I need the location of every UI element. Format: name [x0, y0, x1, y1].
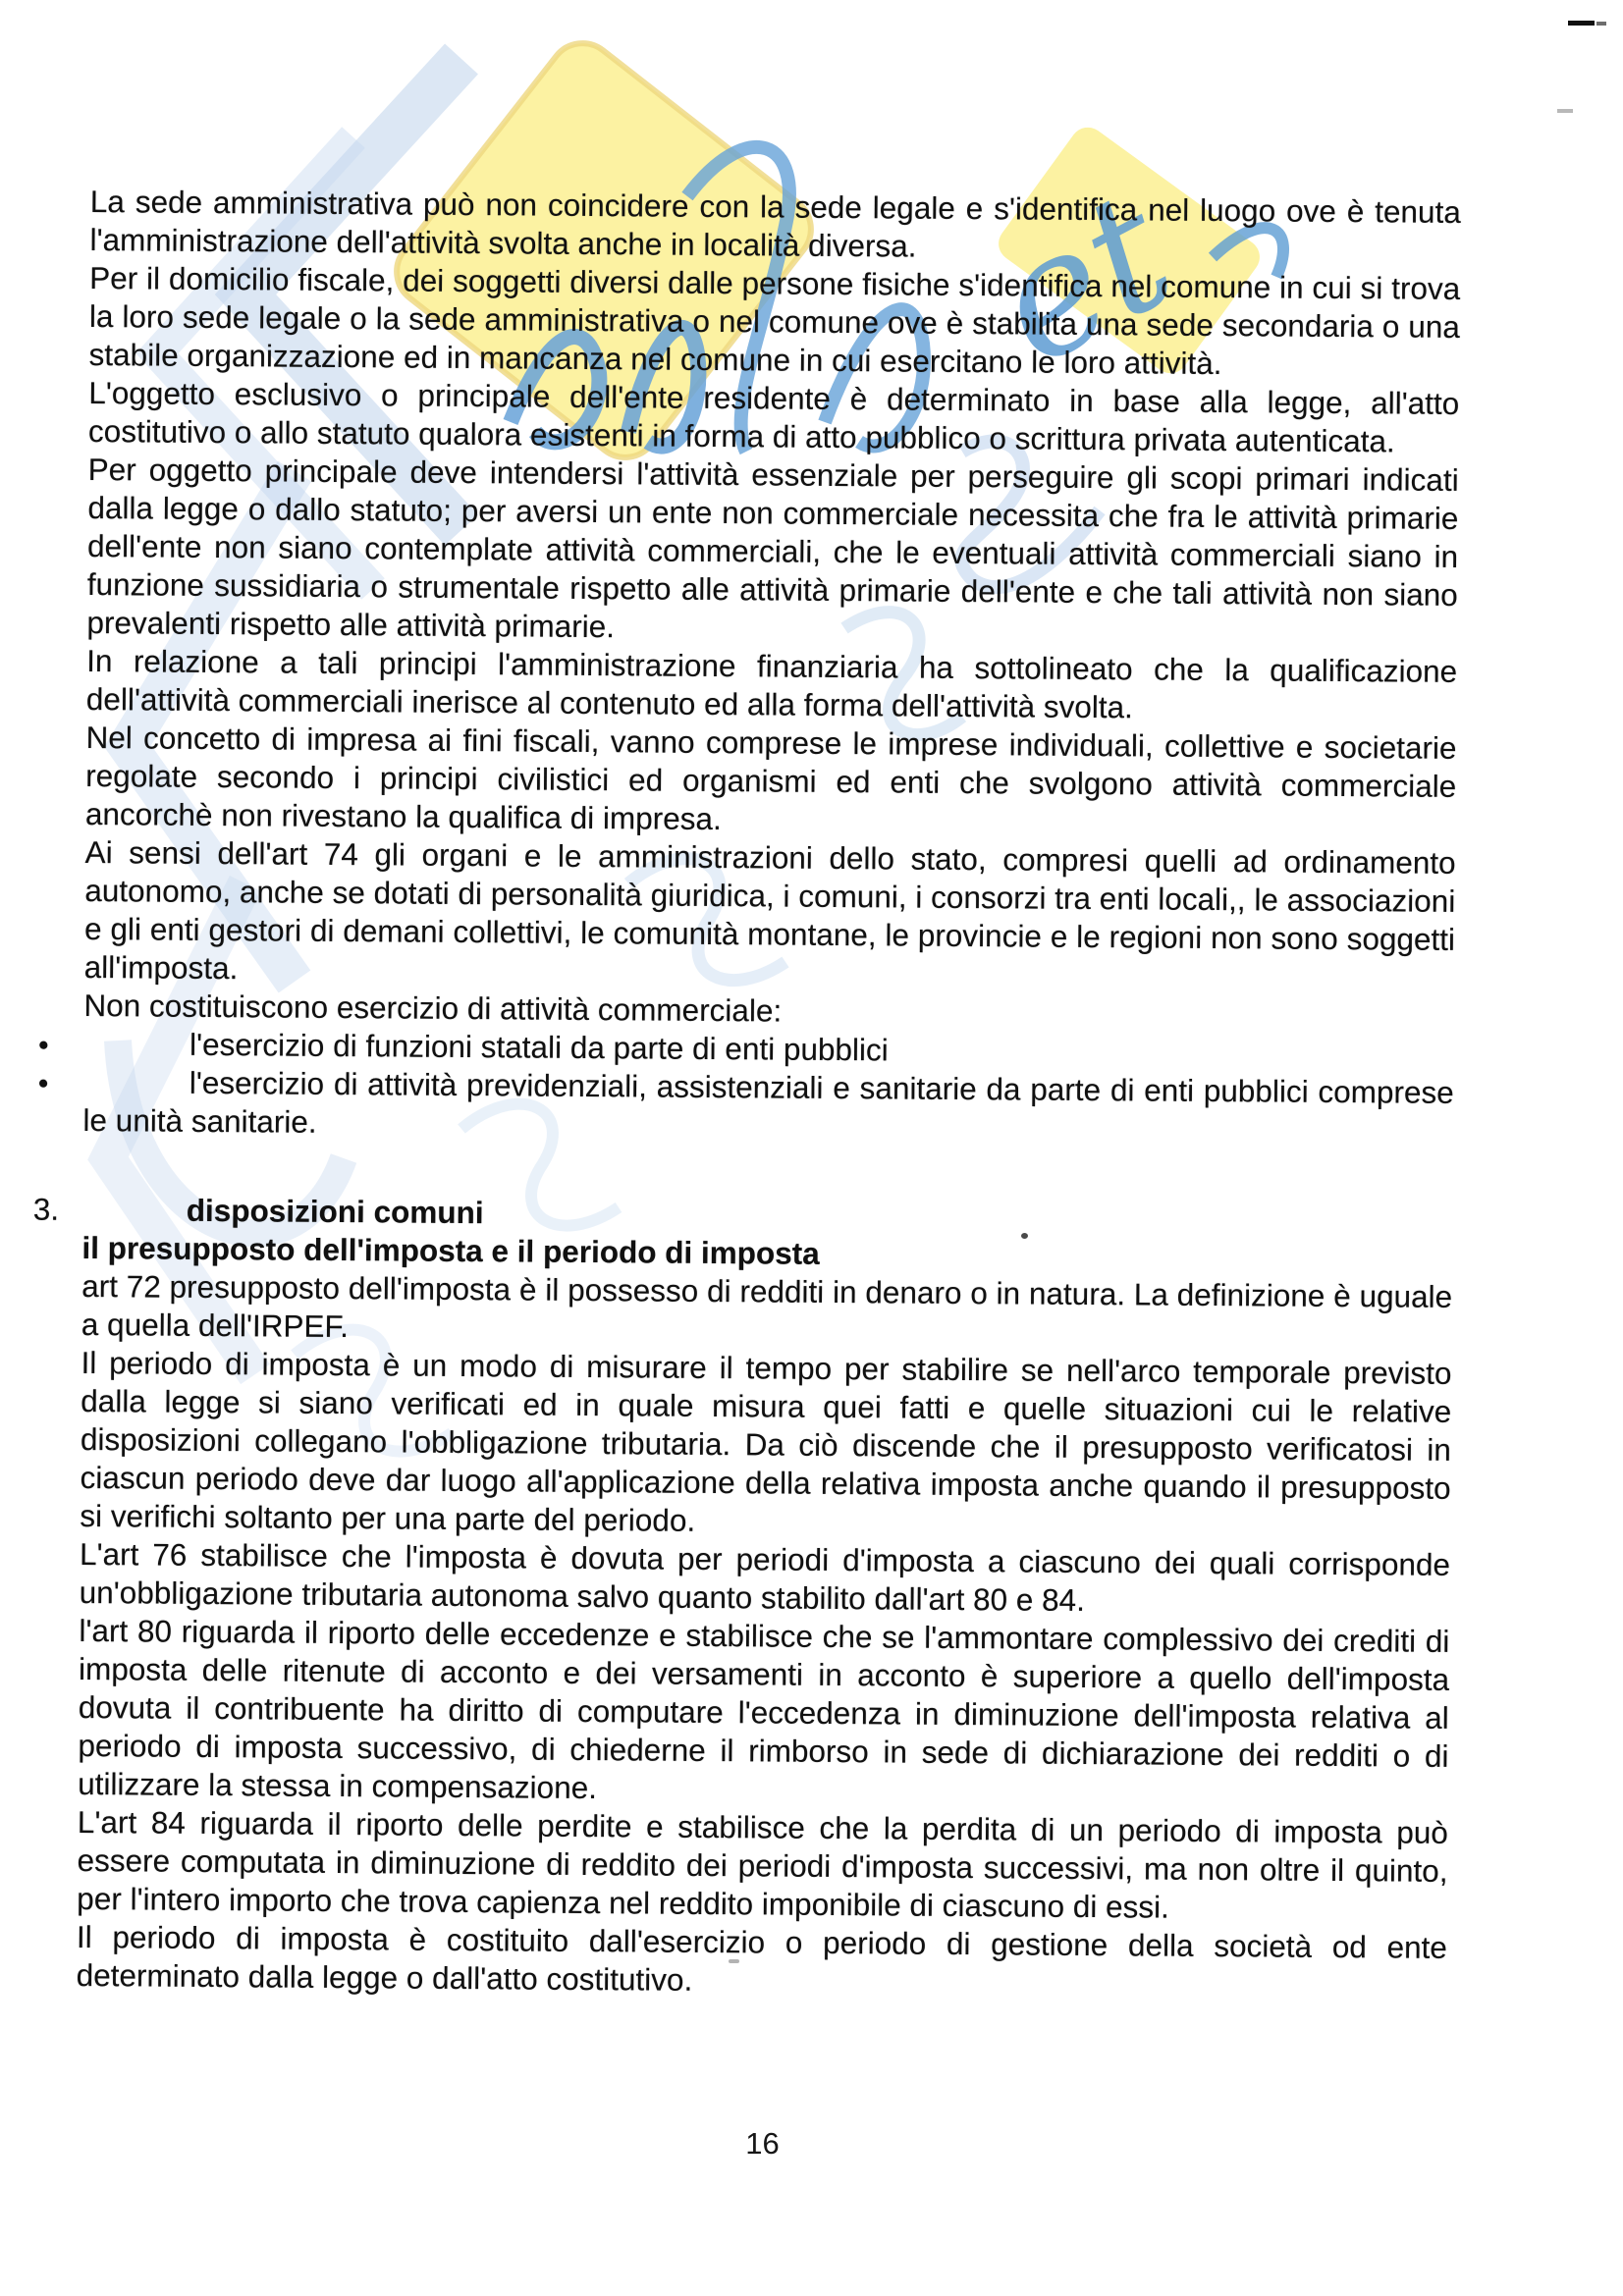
scan-artifact-dot: [1021, 1233, 1028, 1239]
section-number: 3.: [33, 1191, 60, 1229]
list-item: • l'esercizio di attività previdenziali,…: [82, 1063, 1454, 1150]
bullet-icon: •: [38, 1027, 49, 1065]
paragraph: L'art 84 riguarda il riporto delle perdi…: [77, 1803, 1448, 1929]
paragraph: l'art 80 riguarda il riporto delle ecced…: [78, 1612, 1449, 1814]
paragraph: Per oggetto principale deve intendersi l…: [86, 451, 1458, 653]
scan-artifact-dot: [729, 1959, 739, 1963]
paragraph: L'art 76 stabilisce che l'imposta è dovu…: [80, 1535, 1451, 1623]
paragraph: Per il domicilio fiscale, dei soggetti d…: [88, 259, 1460, 385]
body-text: La sede amministrativa può non coincider…: [77, 183, 1461, 2005]
paragraph: Il periodo di imposta è costituito dall'…: [77, 1918, 1448, 2005]
paragraph: L'oggetto esclusivo o principale dell'en…: [88, 374, 1460, 461]
paragraph: Nel concetto di impresa ai fini fiscali,…: [85, 719, 1457, 844]
scan-artifact-dash: [1568, 21, 1595, 26]
paragraph: Il periodo di imposta è un modo di misur…: [80, 1344, 1451, 1546]
scanned-document-page: { "page": { "number": "16", "background_…: [0, 0, 1623, 2296]
page-number: 16: [0, 2126, 1525, 2162]
paragraph: Ai sensi dell'art 74 gli organi e le amm…: [84, 833, 1456, 997]
scan-artifact-dash: [1557, 109, 1573, 113]
scan-artifact-dash: [1596, 22, 1606, 26]
paragraph: La sede amministrativa può non coincider…: [89, 183, 1461, 270]
section-disposizioni-comuni: 3. disposizioni comuni il presupposto de…: [77, 1191, 1453, 2005]
list-item-text: l'esercizio di attività previdenziali, a…: [82, 1063, 1454, 1150]
paragraph: art 72 presupposto dell'imposta è il pos…: [81, 1267, 1453, 1355]
paragraph: In relazione a tali principi l'amministr…: [86, 642, 1458, 729]
bullet-icon: •: [38, 1065, 49, 1103]
